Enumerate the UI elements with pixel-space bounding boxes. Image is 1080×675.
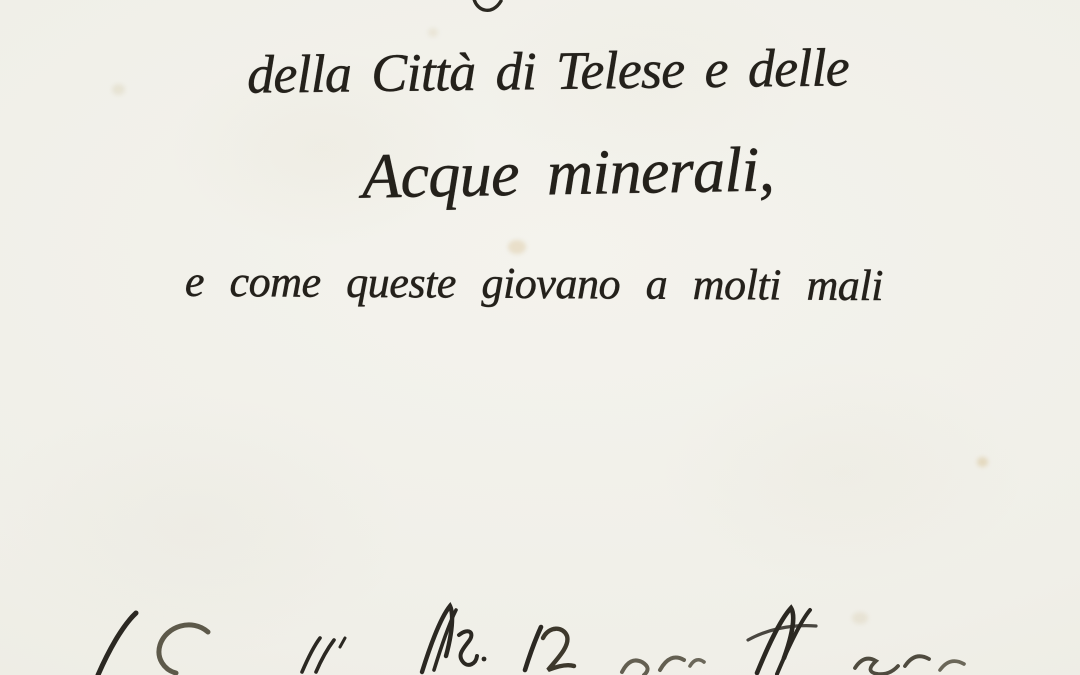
manuscript-line-3: e come queste giovano a molti mali [0, 255, 1074, 313]
manuscript-line-2: Acque minerali, [27, 127, 1080, 220]
cropped-top-descender-stroke [468, 0, 512, 20]
foxing-spot [977, 457, 988, 467]
manuscript-page: della Città di Telese e delle Acque mine… [0, 0, 1080, 675]
foxing-spot [508, 240, 526, 254]
foxing-spot [852, 612, 868, 624]
foxing-spot [428, 28, 438, 37]
paper-specks [0, 0, 2, 2]
manuscript-line-1: della Città di Telese e delle [8, 33, 1080, 108]
cropped-bottom-line-strokes [60, 600, 1020, 675]
